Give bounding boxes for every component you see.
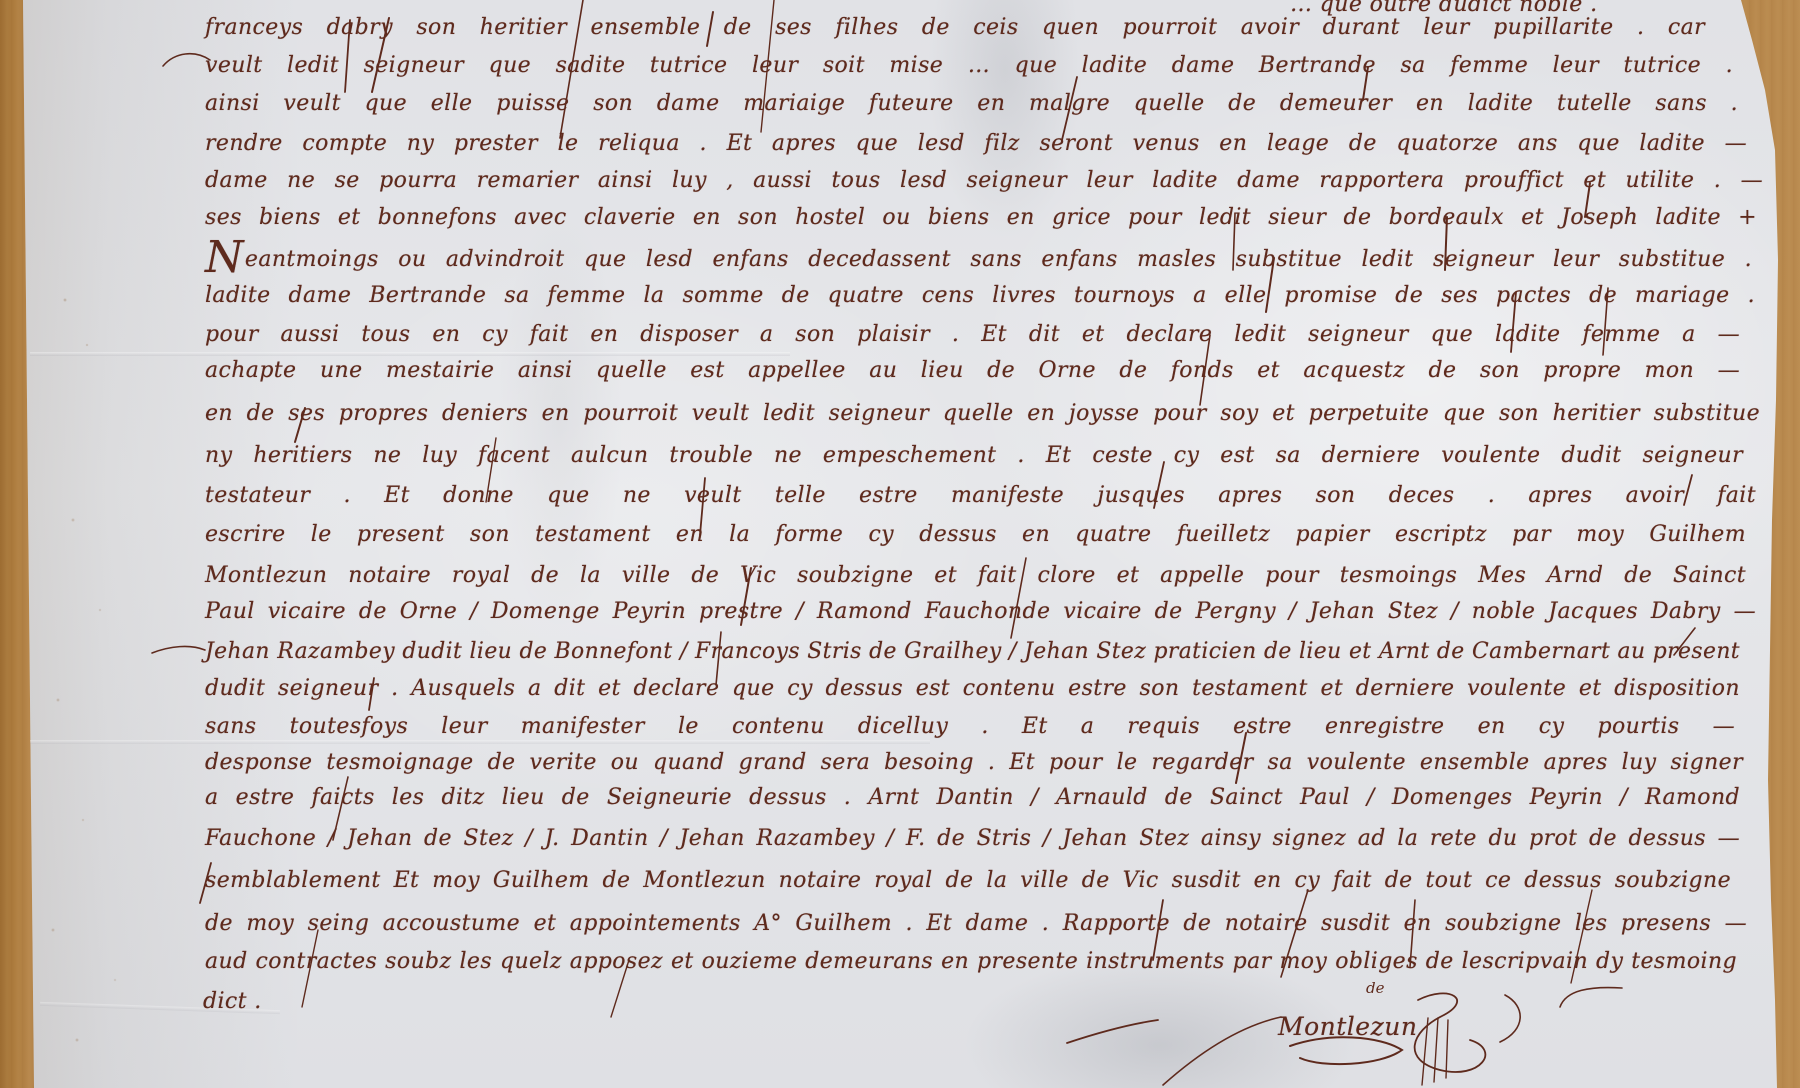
line-text: ses biens et bonnefons avec claverie en … <box>205 205 1757 230</box>
manuscript-line: dame ne se pourra remarier ainsi luy , a… <box>205 168 1763 194</box>
line-text: rendre compte ny prester le reliqua . Et… <box>205 131 1747 156</box>
line-text: ny heritiers ne luy facent aulcun troubl… <box>205 443 1743 468</box>
line-text: dame ne se pourra remarier ainsi luy , a… <box>205 168 1763 193</box>
manuscript-line: achapte une mestairie ainsi quelle est a… <box>205 358 1740 384</box>
manuscript-line: Montlezun notaire royal de la ville de V… <box>205 563 1746 589</box>
manuscript-line: veult ledit seigneur que sadite tutrice … <box>205 53 1733 79</box>
manuscript-line: semblablement Et moy Guilhem de Montlezu… <box>205 868 1731 894</box>
manuscript-line: sans toutesfoys leur manifester le conte… <box>205 714 1735 740</box>
manuscript-line: escrire le present son testament en la f… <box>205 522 1746 548</box>
parchment-stains <box>25 0 185 1088</box>
line-text: franceys dabry son heritier ensemble de … <box>205 15 1705 40</box>
manuscript-line: dict . <box>203 989 262 1015</box>
manuscript-line: en de ses propres deniers en pourroit ve… <box>205 401 1760 427</box>
line-text: pour aussi tous en cy fait en disposer a… <box>205 322 1740 347</box>
line-text: dict . <box>203 989 262 1014</box>
line-text: Paul vicaire de Orne / Domenge Peyrin pr… <box>205 599 1756 624</box>
line-text: aud contractes soubz les quelz apposez e… <box>205 949 1737 974</box>
line-text: en de ses propres deniers en pourroit ve… <box>205 401 1760 426</box>
line-text: escrire le present son testament en la f… <box>205 522 1746 547</box>
manuscript-line: ainsi veult que elle puisse son dame mar… <box>205 91 1738 117</box>
signature-prefix: de <box>1366 979 1384 997</box>
line-text: a estre faicts les ditz lieu de Seigneur… <box>205 785 1740 810</box>
manuscript-line: Fauchone / Jehan de Stez / J. Dantin / J… <box>205 826 1740 852</box>
manuscript-line: ses biens et bonnefons avec claverie en … <box>205 205 1757 231</box>
line-text: testateur . Et donne que ne veult telle … <box>205 483 1756 508</box>
line-text: ainsi veult que elle puisse son dame mar… <box>205 91 1738 116</box>
line-text: eantmoings ou advindroit que lesd enfans… <box>245 247 1752 272</box>
line-text: desponse tesmoignage de verite ou quand … <box>205 750 1743 775</box>
line-text: sans toutesfoys leur manifester le conte… <box>205 714 1735 739</box>
manuscript-line: Jehan Razambey dudit lieu de Bonnefont /… <box>205 639 1740 665</box>
line-text: Montlezun notaire royal de la ville de V… <box>205 563 1746 588</box>
manuscript-line: ny heritiers ne luy facent aulcun troubl… <box>205 443 1743 469</box>
manuscript-line: a estre faicts les ditz lieu de Seigneur… <box>205 785 1740 811</box>
line-text: semblablement Et moy Guilhem de Montlezu… <box>205 868 1731 893</box>
manuscript-line: rendre compte ny prester le reliqua . Et… <box>205 131 1747 157</box>
notary-signature: Montlezun <box>1278 1012 1417 1041</box>
line-text: Jehan Razambey dudit lieu de Bonnefont /… <box>205 639 1740 664</box>
line-text: achapte une mestairie ainsi quelle est a… <box>205 358 1740 383</box>
manuscript-line: dudit seigneur . Ausquels a dit et decla… <box>205 676 1740 702</box>
manuscript-line: Neantmoings ou advindroit que lesd enfan… <box>205 245 1752 271</box>
manuscript-line: pour aussi tous en cy fait en disposer a… <box>205 322 1740 348</box>
manuscript-line: desponse tesmoignage de verite ou quand … <box>205 750 1743 776</box>
manuscript-photo: … que outre dudict noble . franceys dabr… <box>0 0 1800 1088</box>
manuscript-line: ladite dame Bertrande sa femme la somme … <box>205 283 1755 309</box>
manuscript-line: testateur . Et donne que ne veult telle … <box>205 483 1756 509</box>
decorated-initial: N <box>205 232 244 283</box>
line-text: ladite dame Bertrande sa femme la somme … <box>205 283 1755 308</box>
manuscript-line: Paul vicaire de Orne / Domenge Peyrin pr… <box>205 599 1756 625</box>
manuscript-line: de moy seing accoustume et appointements… <box>205 911 1747 937</box>
manuscript-line: franceys dabry son heritier ensemble de … <box>205 15 1705 41</box>
line-text: de moy seing accoustume et appointements… <box>205 911 1747 936</box>
line-text: dudit seigneur . Ausquels a dit et decla… <box>205 676 1740 701</box>
manuscript-line: aud contractes soubz les quelz apposez e… <box>205 949 1737 975</box>
line-text: Fauchone / Jehan de Stez / J. Dantin / J… <box>205 826 1740 851</box>
line-text: veult ledit seigneur que sadite tutrice … <box>205 53 1733 78</box>
